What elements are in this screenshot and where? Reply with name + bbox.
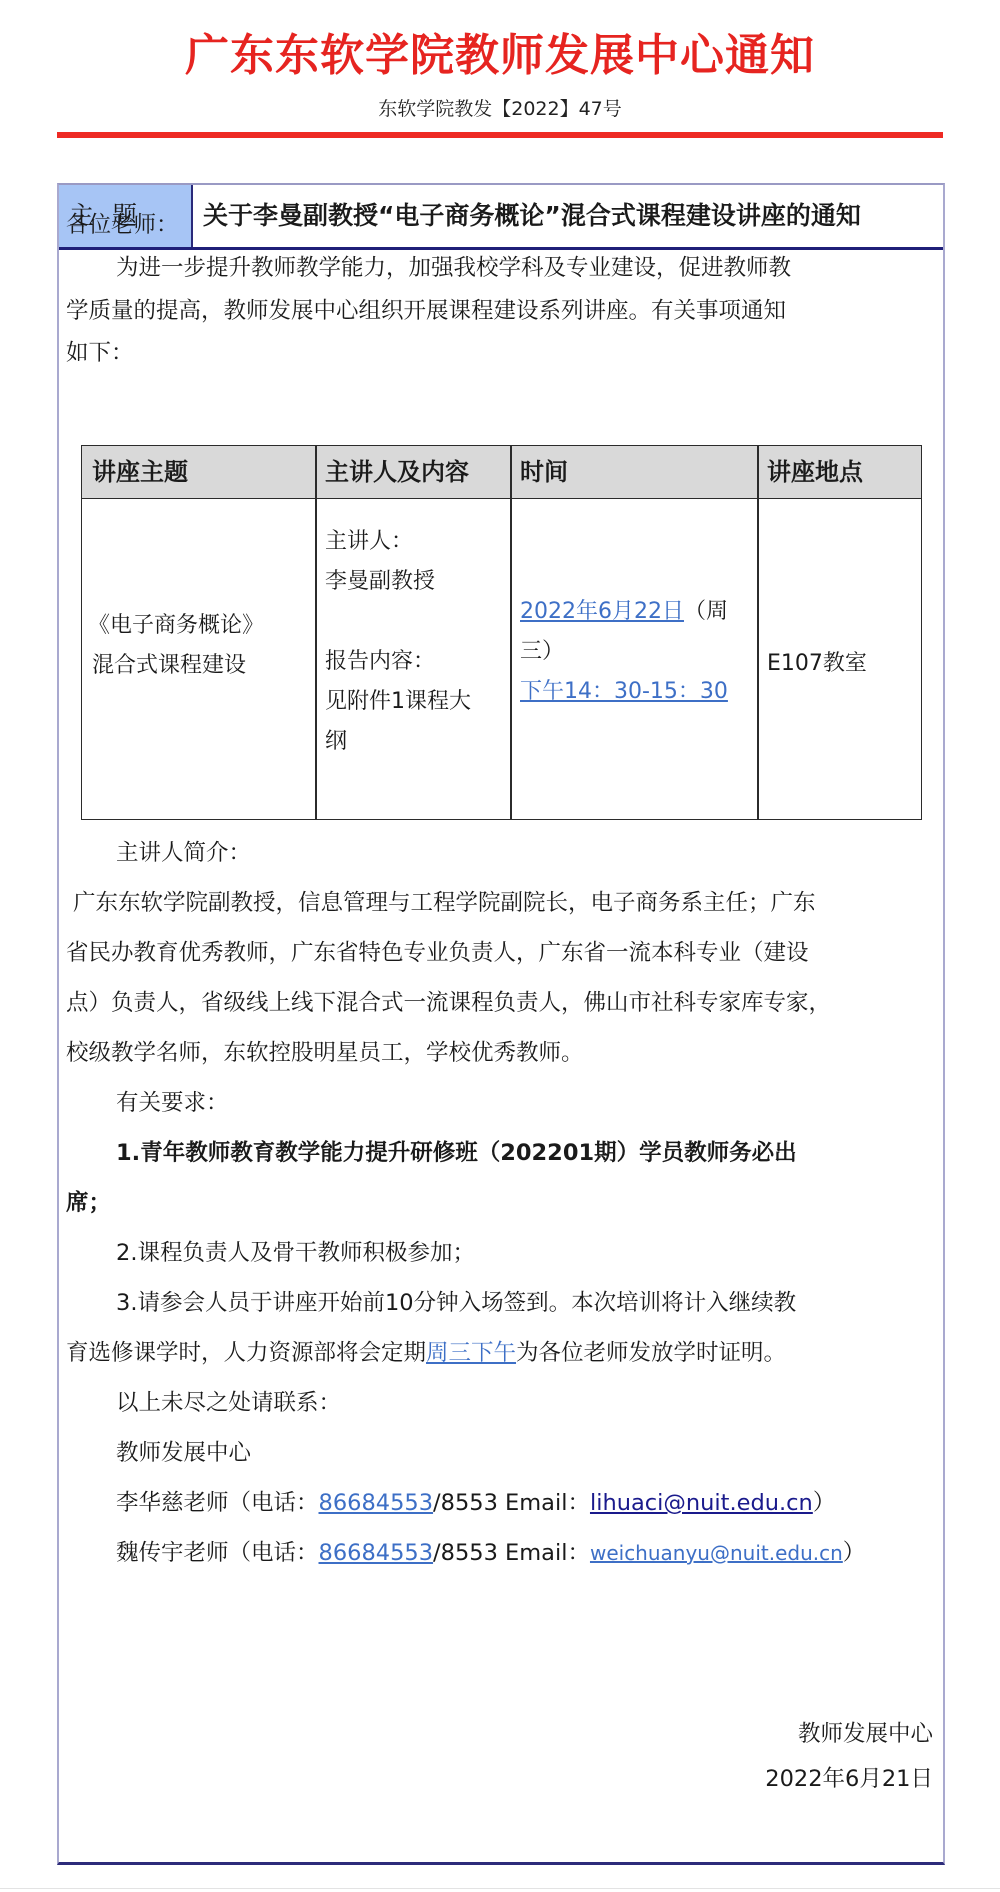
content-label: 报告内容： <box>325 642 435 682</box>
col-divider <box>510 446 512 819</box>
page-bottom-divider <box>0 1888 1000 1889</box>
notice-box: 主 题 关于李曼副教授“电子商务概论”混合式课程建设讲座的通知 各位老师： 为进… <box>57 183 945 1865</box>
req3-text-before: 育选修课学时，人力资源部将会定期 <box>66 1340 426 1366</box>
document-number: 东软学院教发【2022】47号 <box>0 96 1000 122</box>
email-link[interactable]: lihuaci@nuit.edu.cn <box>590 1490 813 1516</box>
speaker-label: 主讲人： <box>325 522 413 562</box>
intro-line-3: 如下： <box>66 340 134 366</box>
signature-date: 2022年6月21日 <box>765 1765 933 1793</box>
contact-1-ext: /8553 Email： <box>433 1490 590 1516</box>
requirements-heading: 有关要求： <box>116 1090 229 1116</box>
bio-line-4: 校级教学名师，东软控股明星员工，学校优秀教师。 <box>66 1040 584 1066</box>
requirement-3-line-1: 3.请参会人员于讲座开始前10分钟入场签到。本次培训将计入继续教 <box>116 1290 796 1316</box>
bio-heading: 主讲人简介： <box>116 840 251 866</box>
col-divider <box>315 446 317 819</box>
contact-dept: 教师发展中心 <box>116 1440 251 1466</box>
content-line-1: 见附件1课程大 <box>325 682 471 722</box>
requirement-2: 2.课程负责人及骨干教师积极参加； <box>116 1240 475 1266</box>
weekday-close: 三） <box>520 632 564 672</box>
weekday-open: （周 <box>684 599 728 624</box>
bio-line-1: 广东东软学院副教授，信息管理与工程学院副院长，电子商务系主任；广东 <box>73 890 816 916</box>
th-location: 讲座地点 <box>767 446 863 498</box>
col-divider <box>757 446 759 819</box>
content-line-2: 纲 <box>325 722 347 762</box>
topic-line-1: 《电子商务概论》 <box>88 606 264 646</box>
subject-text: 关于李曼副教授“电子商务概论”混合式课程建设讲座的通知 <box>193 185 943 247</box>
date-cell-line-1: 2022年6月22日（周 <box>520 592 728 632</box>
intro-line-2: 学质量的提高，教师发展中心组织开展课程建设系列讲座。有关事项通知 <box>66 298 786 324</box>
intro-line-1: 为进一步提升教师教学能力，加强我校学科及专业建设，促进教师教 <box>116 255 791 281</box>
contact-1-suffix: ） <box>813 1490 836 1516</box>
email-link[interactable]: weichuanyu@nuit.edu.cn <box>590 1541 843 1565</box>
contact-heading: 以上未尽之处请联系： <box>116 1390 341 1416</box>
th-time: 时间 <box>520 446 568 498</box>
salutation: 各位老师： <box>66 212 179 238</box>
speaker-name: 李曼副教授 <box>325 562 435 602</box>
contact-2-ext: /8553 Email： <box>433 1540 590 1566</box>
contact-1-prefix: 李华慈老师（电话： <box>116 1490 319 1516</box>
requirement-3-line-2: 育选修课学时，人力资源部将会定期周三下午为各位老师发放学时证明。 <box>66 1340 786 1366</box>
req3-text-after: 为各位老师发放学时证明。 <box>516 1340 786 1366</box>
signature-dept: 教师发展中心 <box>798 1720 933 1748</box>
wednesday-afternoon-link[interactable]: 周三下午 <box>426 1340 516 1366</box>
location: E107教室 <box>767 644 867 684</box>
th-topic: 讲座主题 <box>92 446 188 498</box>
time-cell: 下午14：30-15：30 <box>520 672 728 712</box>
bio-line-3: 点）负责人，省级线上线下混合式一流课程负责人，佛山市社科专家库专家， <box>66 990 831 1016</box>
phone-link[interactable]: 86684553 <box>319 1540 434 1566</box>
requirement-1-line-1: 1.青年教师教育教学能力提升研修班（202201期）学员教师务必出 <box>116 1140 797 1166</box>
phone-link[interactable]: 86684553 <box>319 1490 434 1516</box>
date-link[interactable]: 2022年6月22日 <box>520 599 684 624</box>
requirement-1-line-2: 席； <box>66 1190 111 1216</box>
contact-person-2: 魏传宇老师（电话：86684553/8553 Email：weichuanyu@… <box>116 1540 865 1566</box>
contact-person-1: 李华慈老师（电话：86684553/8553 Email：lihuaci@nui… <box>116 1490 835 1516</box>
subject-row: 主 题 关于李曼副教授“电子商务概论”混合式课程建设讲座的通知 <box>59 185 943 250</box>
red-divider <box>57 132 943 138</box>
lecture-table: 讲座主题 主讲人及内容 时间 讲座地点 《电子商务概论》 混合式课程建设 主讲人… <box>81 445 922 820</box>
th-speaker: 主讲人及内容 <box>325 446 469 498</box>
notice-title: 广东东软学院教师发展中心通知 <box>0 28 1000 84</box>
time-link[interactable]: 下午14：30-15：30 <box>520 679 728 704</box>
bio-line-2: 省民办教育优秀教师，广东省特色专业负责人，广东省一流本科专业（建设 <box>66 940 809 966</box>
topic-line-2: 混合式课程建设 <box>92 646 246 686</box>
contact-2-prefix: 魏传宇老师（电话： <box>116 1540 319 1566</box>
contact-2-suffix: ） <box>843 1540 866 1566</box>
